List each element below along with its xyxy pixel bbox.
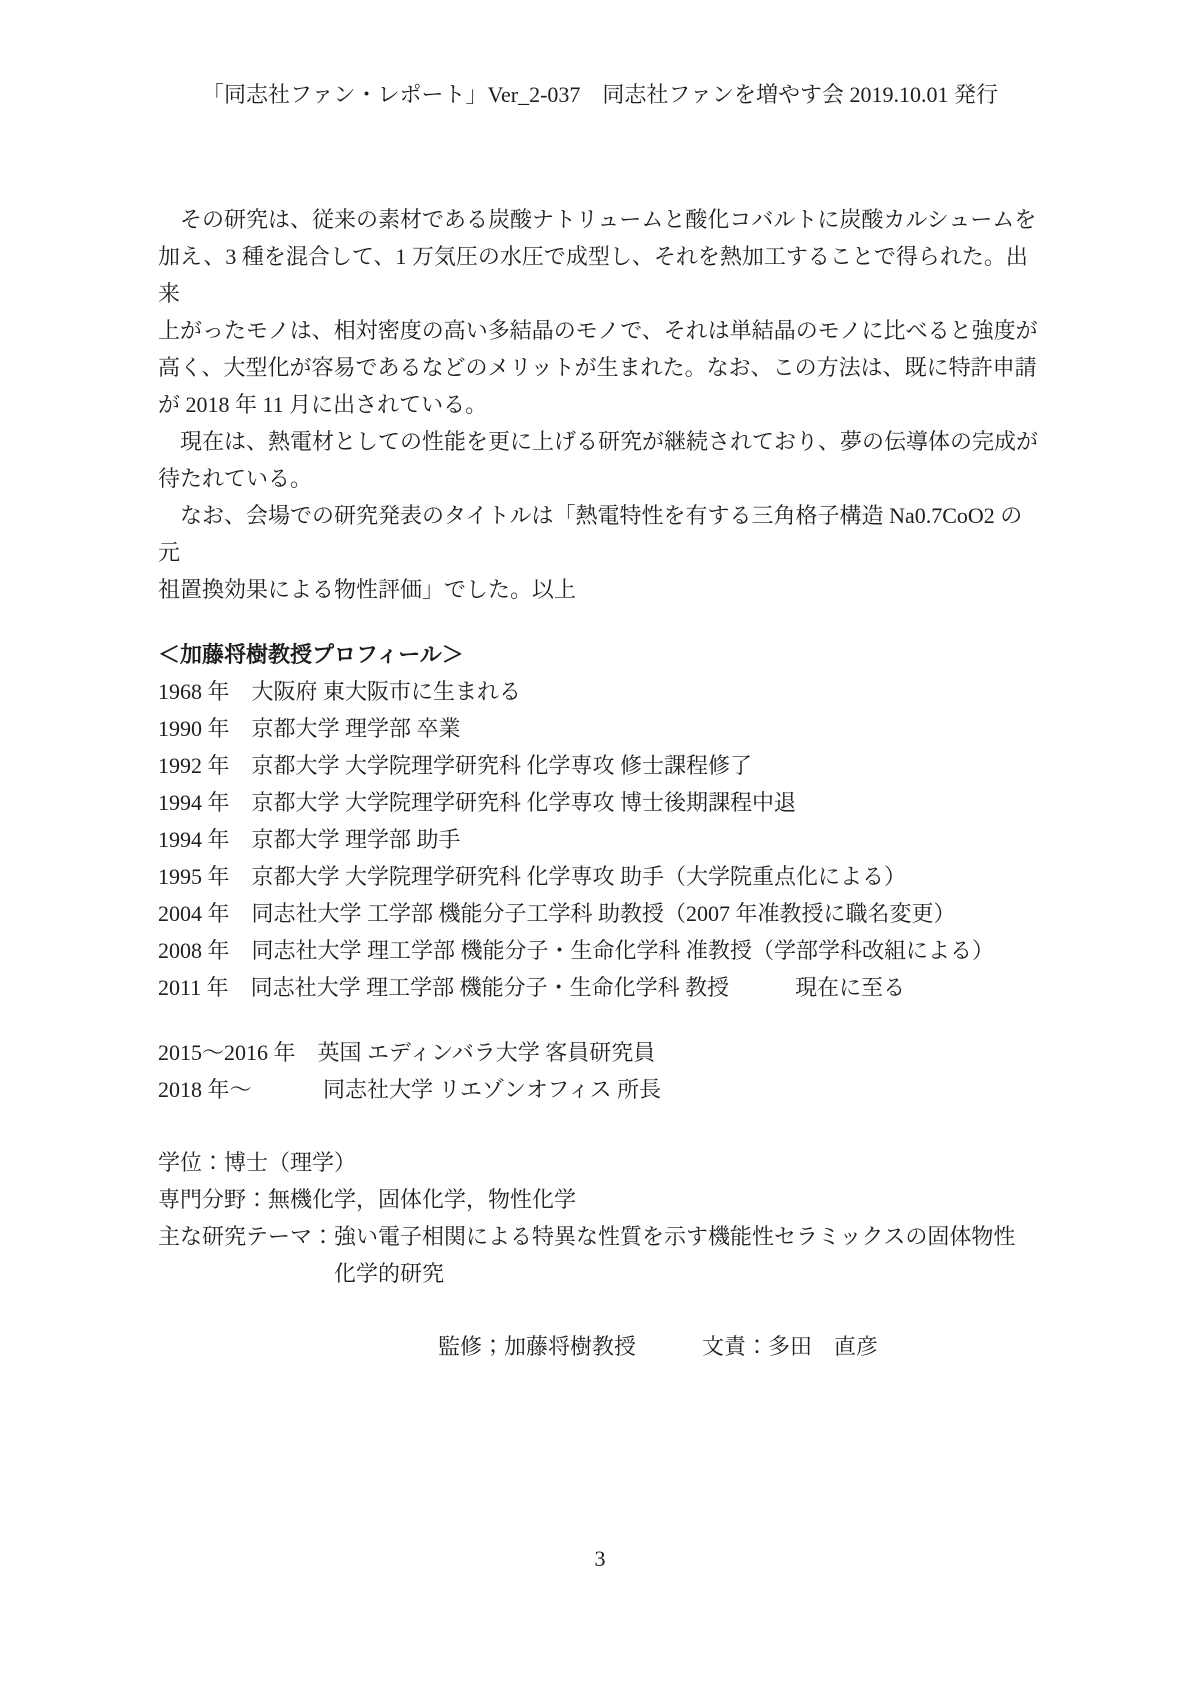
later-positions-list: 2015～2016 年 英国 エディンバラ大学 客員研究員2018 年～ 同志社…: [158, 1034, 1042, 1108]
document-header: 「同志社ファン・レポート」Ver_2-037 同志社ファンを増やす会 2019.…: [0, 0, 1200, 113]
text-line: 1995 年 京都大学 大学院理学研究科 化学専攻 助手（大学院重点化による）: [158, 858, 1042, 895]
profile-section-heading: ＜加藤将樹教授プロフィール＞: [158, 636, 1042, 673]
text-line: 専門分野：無機化学，固体化学，物性化学: [158, 1181, 1042, 1218]
text-line: 1990 年 京都大学 理学部 卒業: [158, 710, 1042, 747]
text-line: 高く、大型化が容易であるなどのメリットが生まれた。なお、この方法は、既に特許申請: [158, 349, 1042, 386]
text-line: 主な研究テーマ：強い電子相関による特異な性質を示す機能性セラミックスの固体物性: [158, 1218, 1042, 1255]
text-line: が 2018 年 11 月に出されている。: [158, 386, 1042, 423]
document-body: その研究は、従来の素材である炭酸ナトリュームと酸化コバルトに炭酸カルシュームを加…: [158, 201, 1042, 1365]
text-line: 化学的研究: [158, 1255, 1042, 1292]
text-line: 2011 年 同志社大学 理工学部 機能分子・生命化学科 教授 現在に至る: [158, 969, 1042, 1006]
text-line: 2015～2016 年 英国 エディンバラ大学 客員研究員: [158, 1034, 1042, 1071]
text-line: 上がったモノは、相対密度の高い多結晶のモノで、それは単結晶のモノに比べると強度が: [158, 312, 1042, 349]
text-line: 待たれている。: [158, 460, 1042, 497]
main-paragraph: その研究は、従来の素材である炭酸ナトリュームと酸化コバルトに炭酸カルシュームを加…: [158, 201, 1042, 608]
text-line: 現在は、熱電材としての性能を更に上げる研究が継続されており、夢の伝導体の完成が: [158, 423, 1042, 460]
text-line: 学位：博士（理学）: [158, 1144, 1042, 1181]
text-line: 1994 年 京都大学 理学部 助手: [158, 821, 1042, 858]
text-line: 2004 年 同志社大学 工学部 機能分子工学科 助教授（2007 年准教授に職…: [158, 895, 1042, 932]
text-line: 加え、3 種を混合して、1 万気圧の水圧で成型し、それを熱加工することで得られた…: [158, 238, 1042, 312]
text-line: 2018 年～ 同志社大学 リエゾンオフィス 所長: [158, 1071, 1042, 1108]
text-line: 2008 年 同志社大学 理工学部 機能分子・生命化学科 准教授（学部学科改組に…: [158, 932, 1042, 969]
page-number: 3: [0, 1540, 1200, 1577]
text-line: その研究は、従来の素材である炭酸ナトリュームと酸化コバルトに炭酸カルシュームを: [158, 201, 1042, 238]
credit-line: 監修；加藤将樹教授 文責：多田 直彦: [158, 1328, 1042, 1365]
text-line: 1994 年 京都大学 大学院理学研究科 化学専攻 博士後期課程中退: [158, 784, 1042, 821]
text-line: 祖置換効果による物性評価」でした。以上: [158, 571, 1042, 608]
profile-details-list: 学位：博士（理学）専門分野：無機化学，固体化学，物性化学主な研究テーマ：強い電子…: [158, 1144, 1042, 1292]
text-line: 1968 年 大阪府 東大阪市に生まれる: [158, 673, 1042, 710]
career-history-list: 1968 年 大阪府 東大阪市に生まれる1990 年 京都大学 理学部 卒業19…: [158, 673, 1042, 1006]
text-line: なお、会場での研究発表のタイトルは「熱電特性を有する三角格子構造 Na0.7Co…: [158, 497, 1042, 571]
document-page: 「同志社ファン・レポート」Ver_2-037 同志社ファンを増やす会 2019.…: [0, 0, 1200, 1698]
text-line: 1992 年 京都大学 大学院理学研究科 化学専攻 修士課程修了: [158, 747, 1042, 784]
